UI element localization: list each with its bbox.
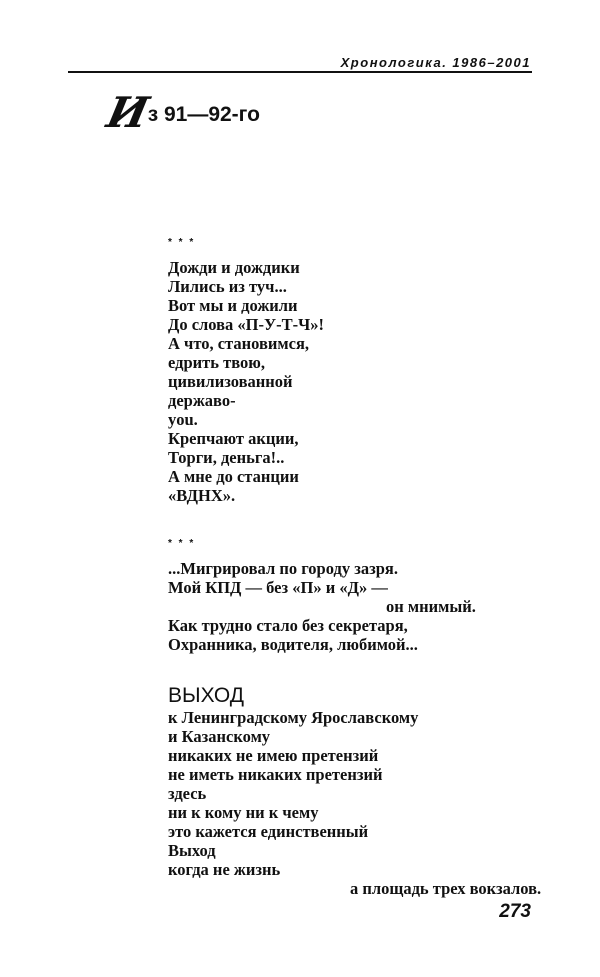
asterism: * * * (168, 233, 324, 252)
poem-line: это кажется единственный (168, 822, 541, 841)
poem-line: Торги, деньга!.. (168, 448, 324, 467)
poem-line: Дожди и дождики (168, 258, 324, 277)
section-title: Из 91—92-го (108, 88, 260, 137)
poem-2: * * * ...Мигрировал по городу зазря. Мой… (168, 534, 476, 654)
poem-line: державо- (168, 391, 324, 410)
poem-line: когда не жизнь (168, 860, 541, 879)
section-title-text: з 91—92-го (148, 103, 260, 126)
poem-line: ни к кому ни к чему (168, 803, 541, 822)
poem-title: ВЫХОД (168, 684, 541, 708)
poem-line: Как трудно стало без секретаря, (168, 616, 476, 635)
poem-line: А мне до станции (168, 467, 324, 486)
poem-line: не иметь никаких претензий (168, 765, 541, 784)
poem-line: До слова «П-У-Т-Ч»! (168, 315, 324, 334)
poem-line: Вот мы и дожили (168, 296, 324, 315)
poem-line: you. (168, 410, 324, 429)
asterism: * * * (168, 534, 476, 553)
poem-line: он мнимый. (168, 597, 476, 616)
drop-initial: И (103, 88, 153, 137)
poem-line: едрить твою, (168, 353, 324, 372)
poem-line: и Казанскому (168, 727, 541, 746)
running-head: Хронологика. 1986–2001 (0, 55, 531, 70)
poem-line: к Ленинградскому Ярославскому (168, 708, 541, 727)
page-number: 273 (0, 901, 531, 923)
poem-line: Мой КПД — без «П» и «Д» — (168, 578, 476, 597)
poem-line: Лились из туч... (168, 277, 324, 296)
header-rule (68, 71, 532, 73)
poem-line: цивилизованной (168, 372, 324, 391)
poem-line: «ВДНХ». (168, 486, 324, 505)
poem-line: никаких не имею претензий (168, 746, 541, 765)
poem-3: ВЫХОД к Ленинградскому Ярославскому и Ка… (168, 684, 541, 898)
poem-line: а площадь трех вокзалов. (168, 879, 541, 898)
poem-line: Крепчают акции, (168, 429, 324, 448)
poem-line: А что, становимся, (168, 334, 324, 353)
poem-line: Охранника, водителя, любимой... (168, 635, 476, 654)
poem-1: * * * Дожди и дождики Лились из туч... В… (168, 233, 324, 505)
poem-line: здесь (168, 784, 541, 803)
poem-line: ...Мигрировал по городу зазря. (168, 559, 476, 578)
poem-line: Выход (168, 841, 541, 860)
